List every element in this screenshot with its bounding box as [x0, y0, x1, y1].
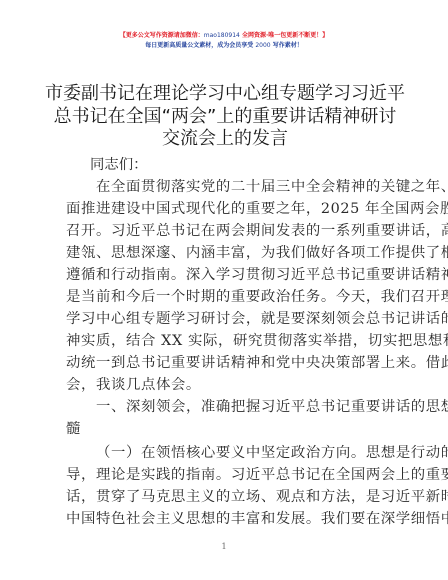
- promo-wechat-id: mao180914: [204, 32, 240, 39]
- salutation: 同志们：: [90, 154, 148, 176]
- promo-text-prefix: 每日更新高质量公文素材，成为会员享受: [145, 42, 255, 49]
- promo-text-prefix: 【更多公文写作资源请加微信：: [120, 32, 204, 39]
- text-line: 神实质，结合 XX 实际，研究贯彻落实举措，切实把思想和行: [66, 330, 384, 352]
- text-line: 动统一到总书记重要讲话精神和党中央决策部署上来。借此机: [66, 352, 384, 374]
- heading-line: 髓: [66, 418, 384, 440]
- text-line: 会，我谈几点体会。: [66, 374, 384, 396]
- text-line: 遵循和行动指南。深入学习贯彻习近平总书记重要讲话精神，: [66, 264, 384, 286]
- text-line: 召开。习近平总书记在两会期间发表的一系列重要讲话，高屋: [66, 220, 384, 242]
- text-line: 在全面贯彻落实党的二十届三中全会精神的关键之年、全: [66, 176, 384, 198]
- heading-line: 一、深刻领会，准确把握习近平总书记重要讲话的思想精: [66, 396, 384, 418]
- promo-banner-line-1: 【更多公文写作资源请加微信：mao180914 全网资源·唯一包更新不断更！】: [0, 32, 448, 40]
- section-heading-1: 一、深刻领会，准确把握习近平总书记重要讲话的思想精 髓: [66, 396, 384, 440]
- text-line: 建瓴、思想深邃、内涵丰富，为我们做好各项工作提供了根本: [66, 242, 384, 264]
- text-line: （一）在领悟核心要义中坚定政治方向。思想是行动的先: [66, 442, 384, 464]
- text-line: 学习中心组专题学习研讨会，就是要深刻领会总书记讲话的精: [66, 308, 384, 330]
- promo-text-suffix: 写作素材！: [271, 42, 303, 49]
- paragraph-intro: 在全面贯彻落实党的二十届三中全会精神的关键之年、全 面推进建设中国式现代化的重要…: [66, 176, 384, 396]
- title-line: 市委副书记在理论学习中心组专题学习习近平: [40, 83, 410, 106]
- title-line: 总书记在全国“两会”上的重要讲话精神研讨: [40, 106, 410, 129]
- promo-banner-line-2: 每日更新高质量公文素材，成为会员享受 2000 写作素材！: [0, 42, 448, 50]
- promo-count: 2000: [255, 42, 270, 49]
- text-line: 中国特色社会主义思想的丰富和发展。我们要在深学细悟中把: [66, 508, 384, 530]
- document-page: 【更多公文写作资源请加微信：mao180914 全网资源·唯一包更新不断更！】 …: [0, 0, 448, 580]
- text-line: 面推进建设中国式现代化的重要之年，2025 年全国两会胜利: [66, 198, 384, 220]
- title-line: 交流会上的发言: [40, 128, 410, 151]
- text-line: 是当前和今后一个时期的重要政治任务。今天，我们召开理论: [66, 286, 384, 308]
- text-line: 话，贯穿了马克思主义的立场、观点和方法，是习近平新时代: [66, 486, 384, 508]
- paragraph-subsection-1: （一）在领悟核心要义中坚定政治方向。思想是行动的先 导，理论是实践的指南。习近平…: [66, 442, 384, 530]
- promo-text-suffix: 全网资源·唯一包更新不断更！】: [240, 32, 328, 39]
- page-number: 1: [0, 542, 448, 551]
- text-line: 导，理论是实践的指南。习近平总书记在全国两会上的重要讲: [66, 464, 384, 486]
- document-title: 市委副书记在理论学习中心组专题学习习近平 总书记在全国“两会”上的重要讲话精神研…: [40, 83, 410, 151]
